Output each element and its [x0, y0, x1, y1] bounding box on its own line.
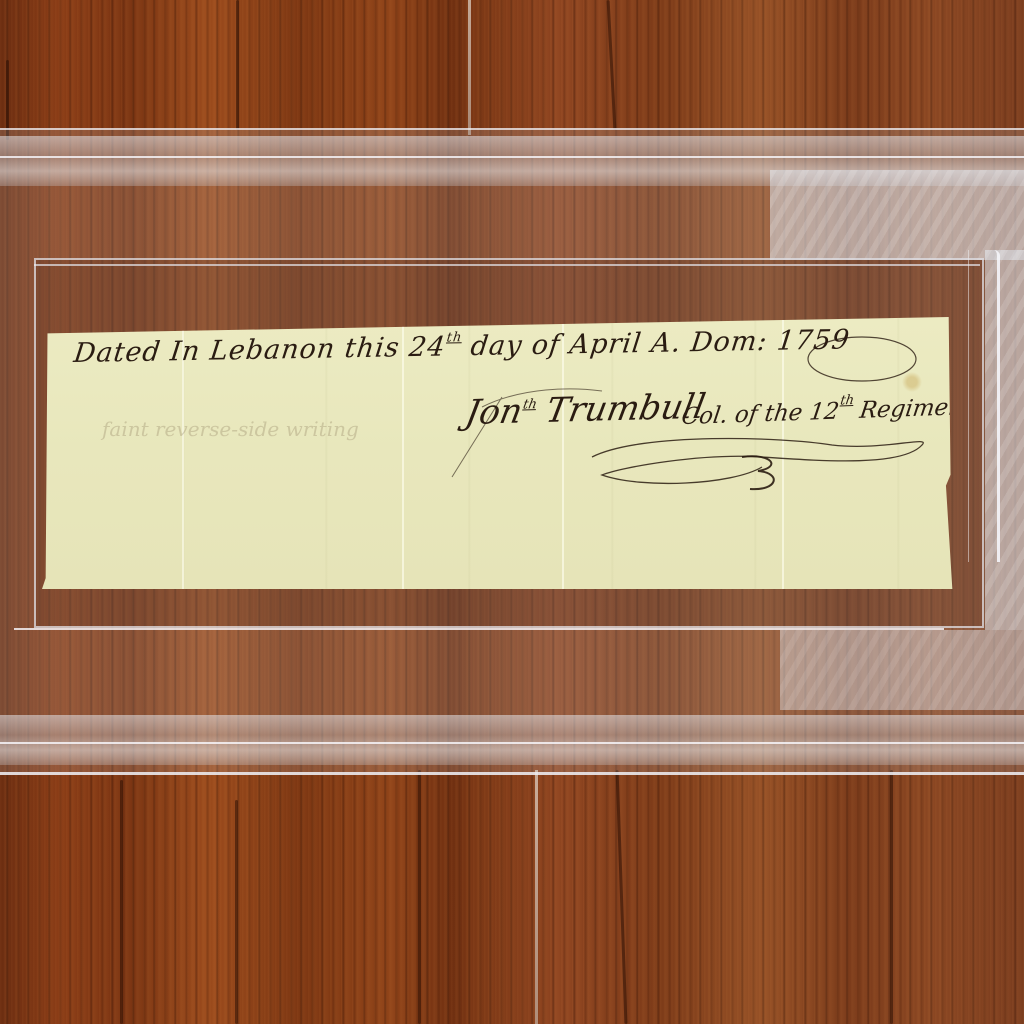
day-suffix: th — [446, 330, 463, 345]
year-oval-flourish — [802, 329, 922, 389]
holder-glare — [770, 170, 1024, 260]
signature-underline-stroke — [442, 377, 642, 487]
holder-well-edge — [968, 250, 1000, 562]
title-text: Col. of the 12 — [680, 398, 841, 430]
holder-rail-line — [0, 742, 1024, 744]
dated-at-text: Dated In Lebanon this — [72, 332, 401, 369]
wood-grain — [236, 0, 239, 130]
title-suffix: th — [839, 393, 855, 409]
plank-gap — [535, 770, 538, 1024]
wood-grain — [120, 780, 123, 1024]
holder-bottom-rail — [0, 715, 1024, 765]
holder-glare — [780, 630, 1024, 710]
plank-gap — [468, 0, 471, 135]
wood-grain — [235, 800, 238, 1024]
historical-document: faint reverse-side writing Dated In Leba… — [42, 317, 956, 589]
wood-grain — [418, 770, 421, 1024]
wood-grain — [616, 770, 628, 1024]
signer-title: Col. of the 12th Regiment — [680, 389, 975, 430]
bleed-through-text: faint reverse-side writing — [102, 417, 359, 441]
wood-grain — [890, 770, 893, 1024]
wood-grain — [607, 0, 617, 130]
month-text: day of April A. Dom: — [469, 326, 770, 362]
holder-rail-line — [0, 156, 1024, 158]
day-text: 24 — [407, 331, 447, 363]
